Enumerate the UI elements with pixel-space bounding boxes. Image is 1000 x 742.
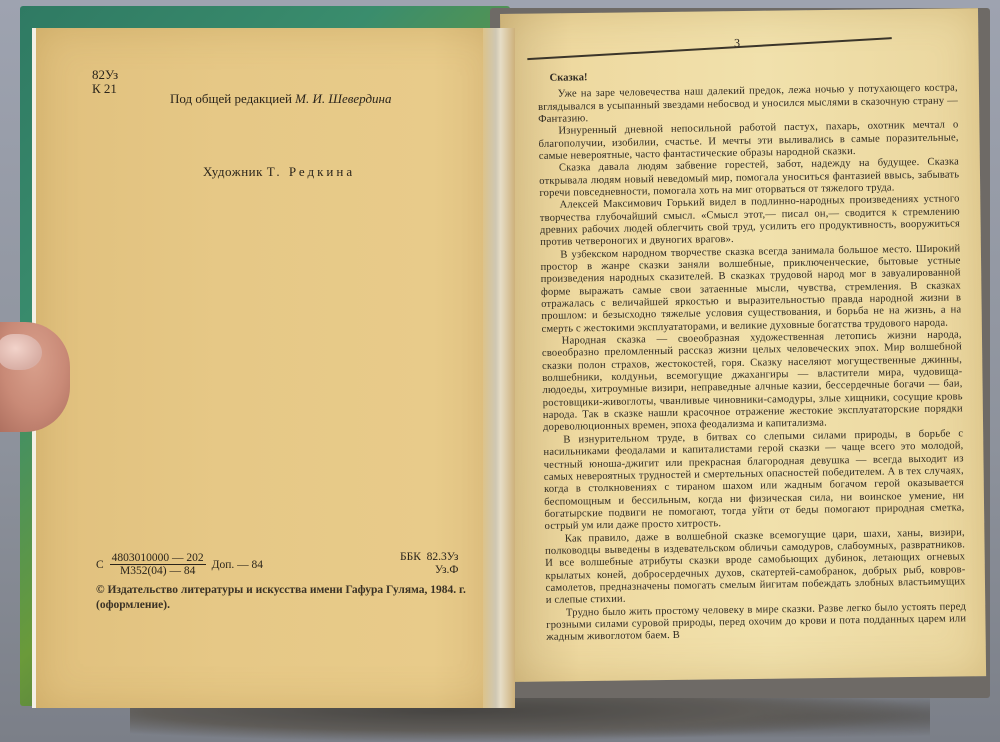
index-fraction: 4803010000 — 202 М352(04) — 84: [110, 552, 206, 577]
artist-name: Т. Редкина: [267, 164, 355, 179]
index-denominator: М352(04) — 84: [120, 565, 195, 577]
paragraph: Трудно было жить простому человеку в мир…: [546, 601, 967, 645]
bbk-classification: ББК 82.3Уз Уз.Ф: [400, 551, 458, 577]
udc-code: 82Уз: [92, 68, 118, 82]
paragraph: Как правило, даже в волшебной сказке все…: [545, 527, 966, 608]
right-page-content: 3 Сказка! Уже на заре человечества наш д…: [537, 33, 966, 644]
copyright-icon: ©: [96, 584, 105, 596]
library-classification-code: 82Уз К 21: [92, 68, 118, 96]
index-numerator: 4803010000 — 202: [110, 552, 206, 565]
publication-index: С 4803010000 — 202 М352(04) — 84 Доп. — …: [96, 552, 263, 577]
book-spine-gutter: [483, 28, 515, 708]
editor-label: Под общей редакцией: [170, 91, 292, 106]
paragraph: Алексей Максимович Горький видел в подли…: [540, 194, 961, 250]
artist-credit: Художник Т. Редкина: [203, 164, 355, 180]
section-heading: Сказка!: [550, 66, 958, 85]
artist-label: Художник: [203, 164, 263, 179]
thumbnail: [0, 334, 42, 370]
bbk-label: ББК: [400, 551, 421, 563]
thumb-holding-book: [0, 322, 70, 432]
editor-name: М. И. Шевердина: [295, 91, 391, 106]
copyright-text: Издательство литературы и искусства имен…: [96, 584, 466, 611]
index-suffix: Доп. — 84: [212, 559, 263, 571]
index-letter: С: [96, 559, 104, 571]
copyright-notice: © Издательство литературы и искусства им…: [96, 583, 476, 613]
paragraph: В изнурительном труде, в битвах со слепы…: [543, 428, 964, 533]
bbk-code: 82.3Уз: [427, 551, 459, 563]
editor-credit: Под общей редакцией М. И. Шевердина: [170, 91, 392, 107]
bbk-subcode: Уз.Ф: [400, 564, 458, 577]
paragraph: Народная сказка — своеобразная художеств…: [542, 329, 963, 434]
paragraph: В узбекском народном творчестве сказка в…: [540, 243, 961, 336]
author-mark: К 21: [92, 82, 118, 96]
